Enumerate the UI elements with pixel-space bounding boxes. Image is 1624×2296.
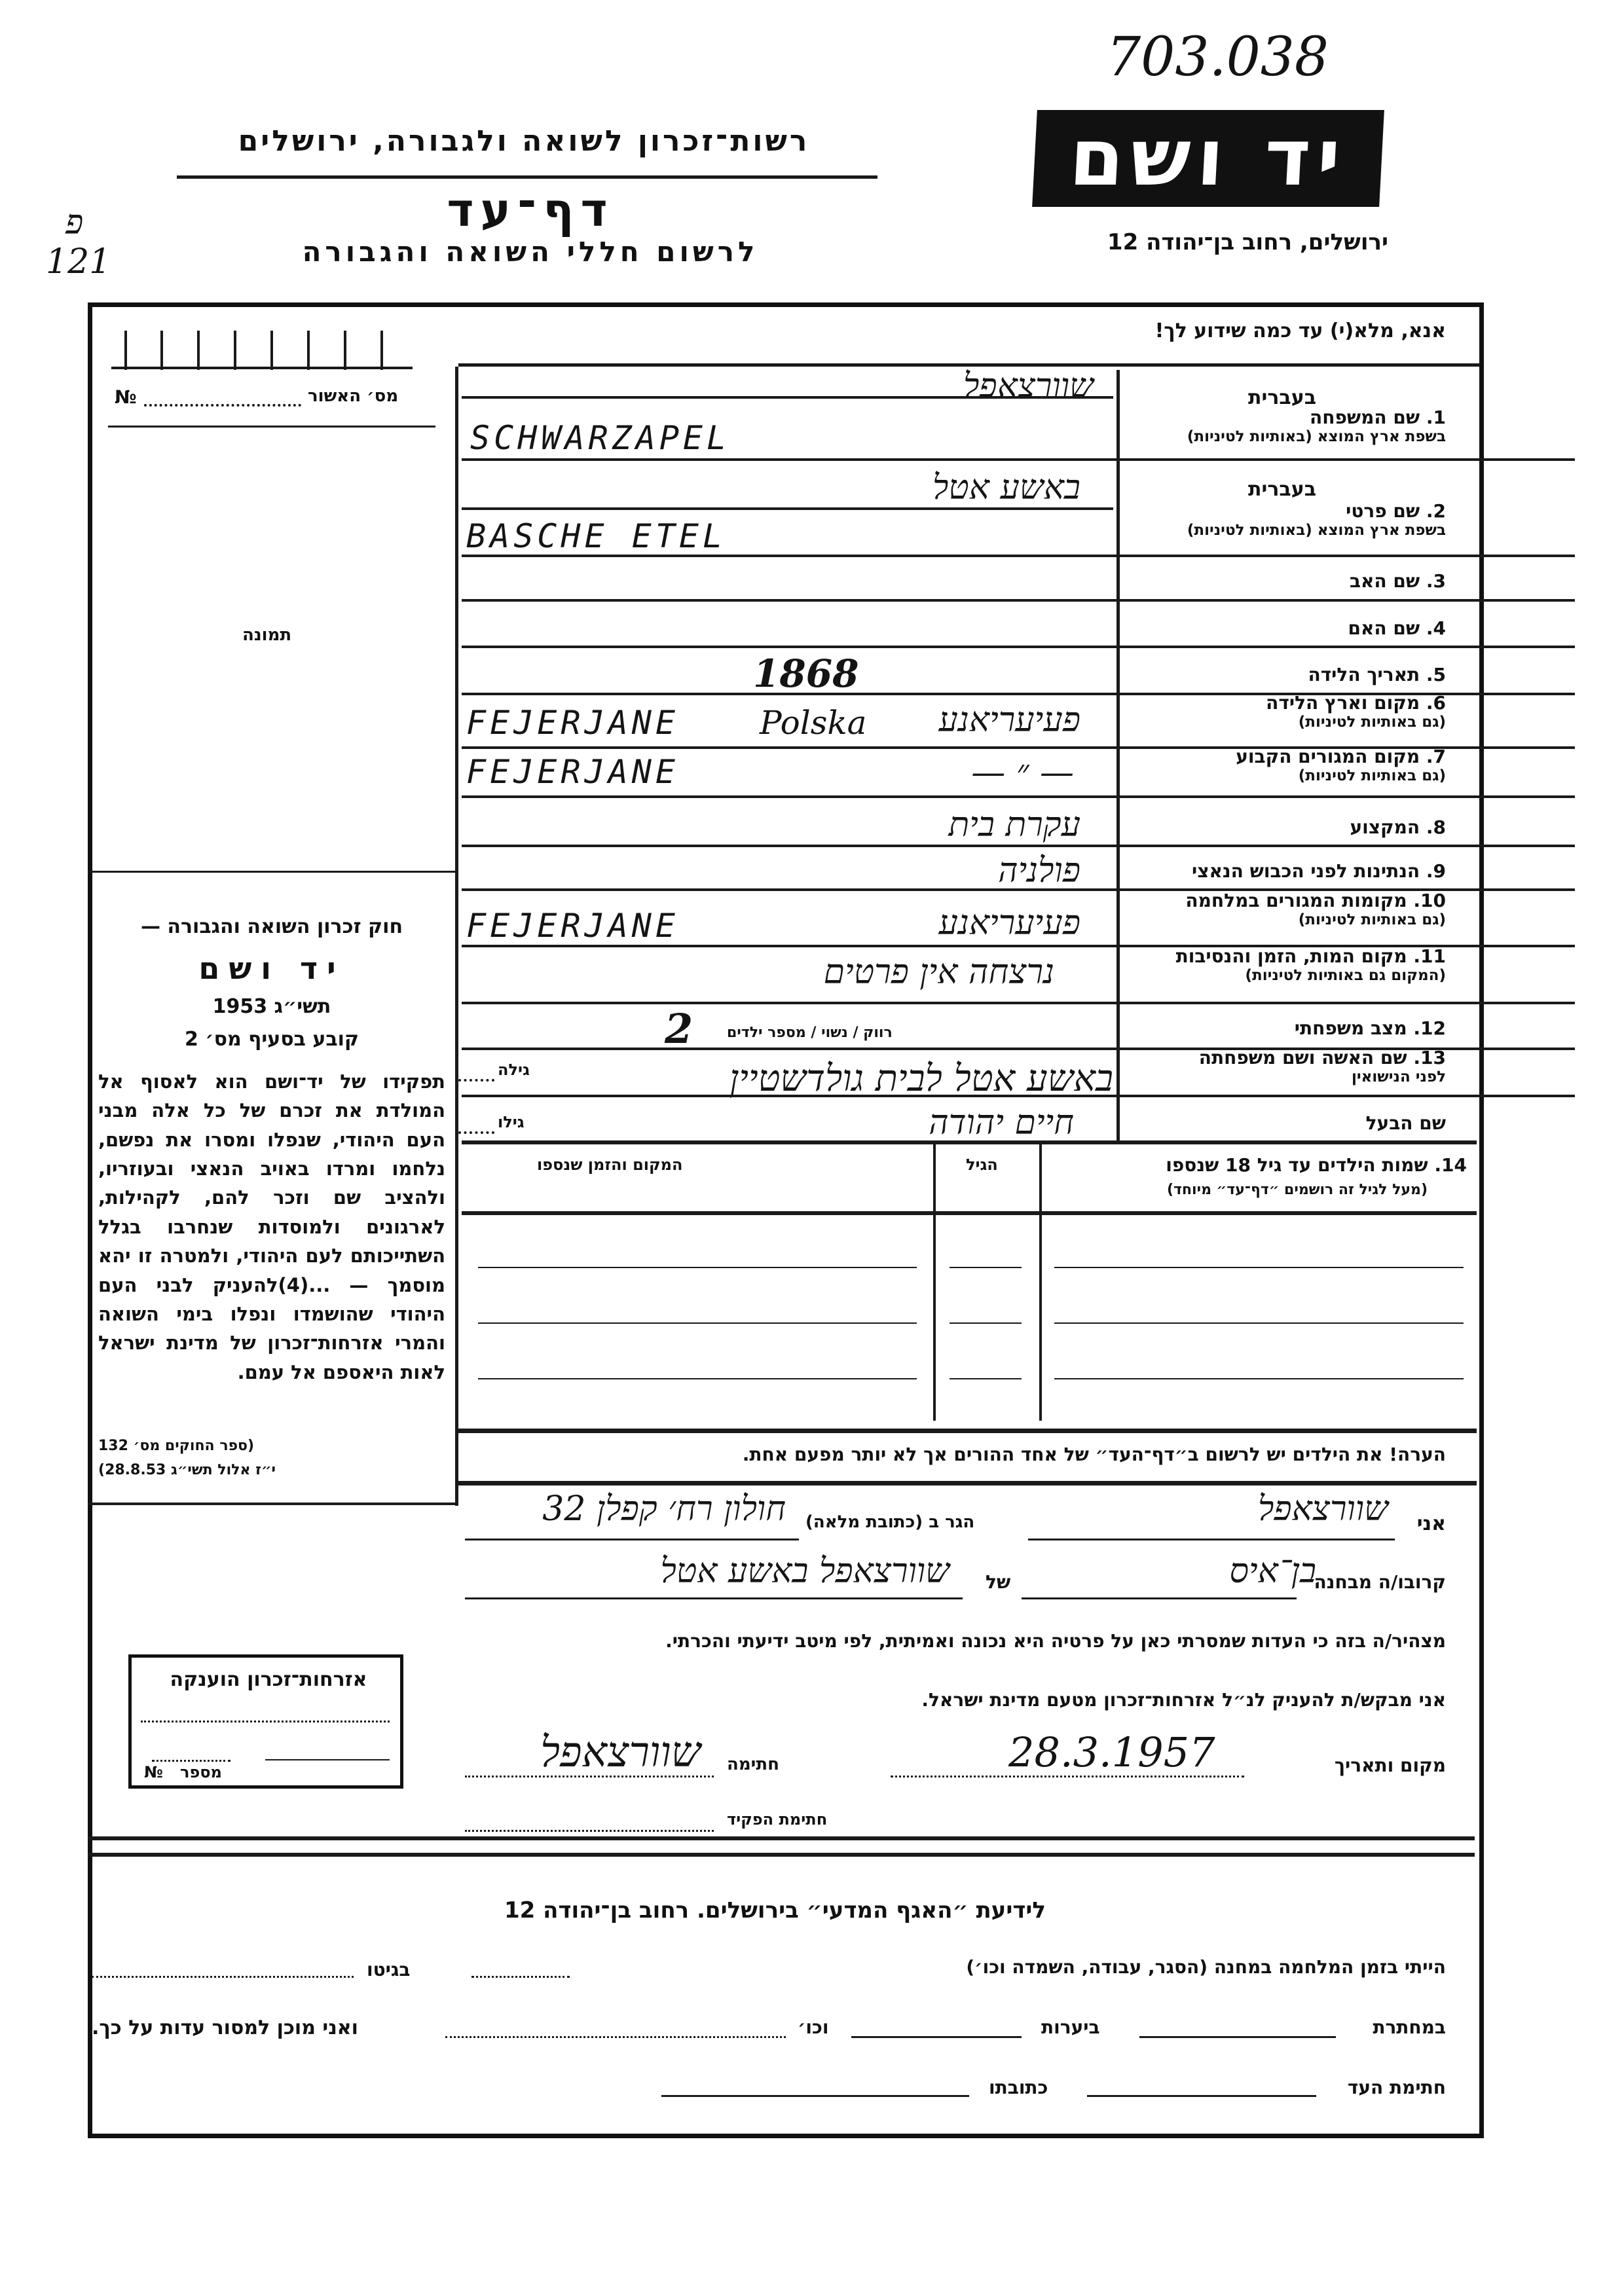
children-row-3-place[interactable] [478,1378,917,1379]
field-4-label: 4. שם האם [1348,618,1446,639]
form-subtitle: לרשום חללי השואה והגבורה [236,236,825,268]
left-panel-border [455,903,458,1506]
camp-label: הייתי בזמן המלחמה במחנה (הסגר, עבודה, הש… [966,1956,1446,1978]
approval-tick [124,331,127,370]
relation-value[interactable]: בן־איס [1229,1552,1316,1591]
approval-tick [197,331,200,370]
field-10-hebrew-value[interactable]: פעיעריאנע [939,903,1080,943]
field-9-label: 9. הנתינות לפני הכבוש הנאצי [1192,861,1446,882]
approval-tick [380,331,383,370]
field-1-title: שם המשפחה [1310,407,1420,428]
address-rule [465,1539,799,1540]
husband-age-field[interactable] [458,1131,494,1134]
field-9-title: הנתינות לפני הכבוש הנאצי [1192,860,1420,882]
declarant-name-rule [1028,1539,1395,1540]
field-4-number: 4. [1426,617,1446,639]
field-5-title: תאריך הלידה [1308,664,1420,685]
field-3-title: שם האב [1350,570,1420,592]
approval-tick [234,331,236,370]
law-source-line-2: י״ז אלול תשי״ג 28.8.53) [98,1458,445,1482]
law-name: יד ושם [98,951,445,986]
children-col-divider-1 [1039,1142,1042,1421]
field-2-label: 2. שם פרטי בשפת ארץ המוצא (באותיות לטיני… [1187,501,1446,539]
photo-label: תמונה [242,625,291,645]
field-2-sub: בשפת ארץ המוצא (באותיות לטיניות) [1187,522,1446,539]
declaration-text: מצהיר/ה בזה כי העדות שמסרתי כאן על פרטיה… [665,1630,1446,1652]
husband-age-label: גילו [498,1113,525,1131]
field-6-title: מקום וארץ הלידה [1266,692,1420,714]
field-2-latin-value[interactable]: BASCHE ETEL [466,517,726,555]
approval-tick [270,331,273,370]
signature-rule [465,1776,714,1777]
instruction: אנא, מלא(י) עד כמה שידוע לך! [1155,319,1446,342]
field-1-hebrew-rule [462,396,1113,399]
declaration-bottom-rule-2 [88,1853,1475,1857]
field-3-label: 3. שם האב [1350,571,1446,592]
field-12-label: 12. מצב משפחתי [1295,1018,1446,1039]
field-2-hebrew-tag: בעברית [1248,478,1316,501]
field-3-number: 3. [1426,570,1446,592]
children-col-divider-2 [933,1142,936,1421]
field-2-number: 2. [1426,500,1446,522]
field-3-rule [462,599,1575,602]
left-panel-bottom [88,1503,458,1505]
declarant-i-label: אני [1417,1512,1446,1535]
address-value[interactable]: חולון רח׳ קפלן 32 [542,1489,786,1529]
field-5-label: 5. תאריך הלידה [1308,665,1446,685]
hiding-label: במחתרת [1373,2016,1446,2038]
etc-label: וכו׳ [798,2016,829,2038]
forests-field[interactable] [851,2036,1022,2038]
relation-rule [1022,1597,1297,1599]
field-4-title: שם האם [1348,617,1420,639]
field-12-number: 12. [1413,1017,1446,1039]
authority-name: רשות־זכרון לשואה ולגבורה, ירושלים [170,124,877,158]
field-8-title: המקצוע [1350,816,1420,838]
witness-signature-label: חתימת העד [1348,2077,1446,2098]
field-10-title: מקומות המגורים במלחמה [1185,890,1407,911]
field-10-latin-value[interactable]: FEJERJANE [466,907,679,945]
field-6-hebrew-value[interactable]: פעיעריאנע [939,701,1080,740]
husband-title: שם הבעל [1366,1112,1446,1134]
citizenship-number-label: מספר [180,1763,222,1781]
field-1-hebrew-tag: בעברית [1248,386,1316,409]
field-12-options: רווק / נשוי / מספר ילדים [727,1025,893,1041]
relation-label: קרובו/ה מבחנה [1314,1571,1446,1593]
field-5-value[interactable]: 1868 [753,651,858,696]
law-section: קובע בסעיף מס׳ 2 [98,1028,445,1051]
field-10-label: 10. מקומות המגורים במלחמה (גם באותיות לט… [1185,890,1446,929]
field-2-hebrew-rule [462,507,1113,510]
witness-address-field[interactable] [661,2095,969,2097]
of-name-value[interactable]: שוורצאפל באשע אטל [661,1552,950,1591]
witness-signature-field[interactable] [1087,2095,1316,2097]
field-9-number: 9. [1426,860,1446,882]
approval-number-field[interactable] [144,404,301,407]
field-8-label: 8. המקצוע [1350,817,1446,838]
field-12-value[interactable]: 2 [665,1005,693,1053]
field-6-label: 6. מקום וארץ הלידה (גם באותיות לטיניות) [1266,693,1446,731]
field-7-hebrew-value[interactable]: — ״ — [971,753,1074,792]
field-2-hebrew-value[interactable]: באשע אטל [932,468,1080,507]
approval-label: מס׳ האשור [308,386,398,406]
camp-field[interactable] [471,1976,570,1978]
yad-vashem-logo: יד ושם [1032,110,1384,207]
children-row-2-age[interactable] [950,1322,1022,1324]
children-row-3-name[interactable] [1054,1378,1464,1379]
forests-label: ביערות [1041,2016,1100,2038]
hiding-field[interactable] [1139,2036,1336,2038]
field-6-latin-value[interactable]: FEJERJANE [466,704,679,742]
field-2-title: שם פרטי [1346,500,1420,522]
field-8-value[interactable]: עקרת בית [949,805,1080,845]
declarant-name[interactable]: שוורצאפל [1258,1489,1388,1529]
field-1-number: 1. [1426,407,1446,428]
ghetto-field[interactable] [92,1976,354,1978]
field-1-hebrew-value[interactable]: שוורצאפל [963,367,1094,406]
field-11-number: 11. [1413,945,1446,967]
signature-label: חתימה [727,1755,779,1774]
citizenship-request-text: אני מבקש/ת להעניק לנ״ל אזרחות־זכרון מטעם… [921,1689,1446,1711]
authority-underline [177,175,877,179]
ghetto-label: בגיטו [367,1959,410,1980]
field-13-title: שם האשה ושם משפחתה [1199,1047,1407,1068]
field-11-sub: (המקום גם באותיות לטיניות) [1176,967,1446,984]
children-row-1-place[interactable] [478,1267,917,1268]
form-title: דף־עד [367,183,694,237]
field-1-label: 1. שם המשפחה בשפת ארץ המוצא (באותיות לטי… [1187,407,1446,446]
children-age-header: הגיל [966,1156,998,1174]
date-value[interactable]: 28.3.1957 [1008,1728,1215,1776]
field-7-sub: (גם באותיות לטיניות) [1236,767,1446,784]
field-13-rule [462,1095,1575,1097]
citizenship-date-field [265,1759,390,1760]
field-7-rule [462,795,1575,798]
children-label: 14. שמות הילדים עד גיל 18 שנספו [1166,1154,1467,1176]
children-place-header: המקום והזמן שנספו [537,1156,683,1174]
margin-note-number: 121 [46,242,111,282]
law-year: תשי״ג 1953 [98,995,445,1018]
info-title: לידיעת ״האגף המדעי״ בירושלים. רחוב בן־יה… [504,1897,1046,1923]
children-sub: (מעל לגיל זה רושמים ״דף־עד״ מיוחד) [1167,1182,1428,1198]
margin-note: פ 121 [46,203,111,282]
field-7-title: מקום המגורים הקבוע [1236,746,1420,767]
approval-rule [108,426,435,428]
approval-no-symbol: № [115,386,137,408]
place-date-rule [891,1776,1244,1777]
approval-tick [344,331,346,370]
ready-label: ואני מוכן למסור עדות על כך. [92,2016,358,2039]
label-column-divider [1116,370,1120,1142]
field-11-value[interactable]: נרצחה אין פרטים [824,953,1054,992]
law-excerpt: תפקידו של יד־ושם הוא לאסוף אל המולדת את … [98,1067,445,1387]
law-source-line-1: (ספר החוקים מס׳ 132 [98,1434,445,1458]
field-7-label: 7. מקום המגורים הקבוע (גם באותיות לטיניו… [1236,746,1446,785]
field-6-sub: (גם באותיות לטיניות) [1266,714,1446,731]
field-8-rule [462,845,1575,847]
children-row-1-name[interactable] [1054,1267,1464,1268]
law-title: חוק זכרון השואה והגבורה — [98,915,445,938]
field-13-value[interactable]: באשע אטל לבית גולדשטיין [729,1057,1113,1100]
field-7-latin-value[interactable]: FEJERJANE [466,753,679,791]
children-note: הערה! את הילדים יש לרשום ב״דף־העד״ של אח… [743,1444,1446,1465]
field-12-title: מצב משפחתי [1295,1017,1407,1039]
field-13-label: 13. שם האשה ושם משפחתה לפני הנישואין [1199,1048,1446,1086]
approval-tick [160,331,163,370]
signature-value[interactable]: שוורצאפל [540,1728,701,1777]
declaration-bottom-rule-1 [88,1836,1475,1840]
citizenship-line-field[interactable] [141,1721,390,1722]
field-1-latin-value[interactable]: SCHWARZAPEL [470,419,730,457]
children-row-3-age[interactable] [950,1378,1022,1379]
clerk-signature-label: חתימת הפקיד [727,1810,827,1829]
children-row-2-name[interactable] [1054,1322,1464,1324]
field-13-sub: לפני הנישואין [1199,1068,1446,1085]
etc-field[interactable] [445,2036,786,2038]
field-6-country-value[interactable]: Polska [760,704,866,742]
witness-address-label: כתובתו [989,2077,1048,2098]
citizenship-number-field[interactable] [152,1760,231,1762]
husband-value[interactable]: חיים יהודה [929,1103,1074,1142]
field-8-number: 8. [1426,816,1446,838]
field-9-value[interactable]: פולניה [998,851,1080,890]
clerk-signature-field[interactable] [465,1830,714,1832]
field-11-label: 11. מקום המות, הזמן והנסיבות (המקום גם ב… [1176,946,1446,985]
field-13-number: 13. [1413,1047,1446,1068]
approval-baseline [111,367,413,369]
photo-area-rule [88,871,458,873]
field-11-rule [462,1002,1575,1004]
of-label: של [986,1571,1010,1593]
field-2-rule [462,555,1575,557]
address-label: הגר ב (כתובת מלאה) [805,1512,974,1532]
field-10-sub: (גם באותיות לטיניות) [1185,911,1446,928]
field-7-number: 7. [1426,746,1446,767]
archive-number: 703.038 [1107,26,1329,88]
field-1-rule [462,458,1575,461]
field-6-number: 6. [1426,692,1446,714]
place-date-label: מקום ותאריך [1335,1755,1446,1776]
field-13-age-label: גילה [498,1061,530,1079]
children-row-1-age[interactable] [950,1267,1022,1268]
husband-label: שם הבעל [1366,1113,1446,1134]
citizenship-box-title: אזרחות־זכרון הוענקה [157,1668,380,1691]
field-10-number: 10. [1413,890,1446,911]
note-rule [458,1481,1477,1485]
children-row-2-place[interactable] [478,1322,917,1324]
field-4-rule [462,646,1575,648]
citizenship-no-symbol: № [144,1763,163,1781]
law-source: (ספר החוקים מס׳ 132 י״ז אלול תשי״ג 28.8.… [98,1434,445,1483]
field-11-title: מקום המות, הזמן והנסיבות [1176,945,1407,967]
logo-address: ירושלים, רחוב בן־יהודה 12 [1061,229,1388,255]
field-1-sub: בשפת ארץ המוצא (באותיות לטיניות) [1187,428,1446,445]
children-header-rule [462,1211,1477,1215]
field-5-number: 5. [1426,664,1446,685]
of-name-rule [465,1597,963,1599]
margin-note-letter: פ [46,203,111,242]
husband-rule [462,1140,1477,1144]
approval-tick [307,331,310,370]
field-13-age-field[interactable] [458,1079,494,1082]
children-bottom-rule [458,1429,1477,1433]
